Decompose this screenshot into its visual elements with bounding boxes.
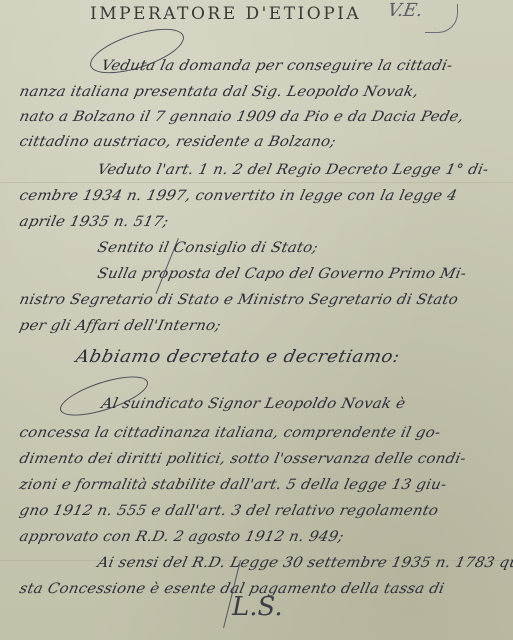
initials-flourish (425, 4, 458, 33)
document-line-10: nistro Segretario di Stato e Ministro Se… (18, 291, 460, 308)
document-line-13: Al suindicato Signor Leopoldo Novak è (100, 395, 407, 412)
document-line-12-decree-heading: Abbiamo decretato e decretiamo: (74, 347, 402, 367)
document-line-7: aprile 1935 n. 517; (18, 213, 170, 230)
handwritten-initials: V.E. (386, 0, 424, 21)
paper-fold-line (0, 182, 513, 183)
document-line-18: approvato con R.D. 2 agosto 1912 n. 949; (18, 528, 345, 545)
document-line-16: zioni e formalità stabilite dall'art. 5 … (18, 476, 448, 493)
letterhead: IMPERATORE D'ETIOPIA (90, 4, 361, 24)
seal-signature-mark: L.S. (232, 592, 283, 622)
document-line-6: cembre 1934 n. 1997, convertito in legge… (18, 187, 459, 204)
document-line-15: dimento dei diritti politici, sotto l'os… (18, 450, 468, 467)
document-page: IMPERATORE D'ETIOPIA V.E. Veduta la doma… (0, 0, 513, 640)
document-line-5: Veduto l'art. 1 n. 2 del Regio Decreto L… (96, 161, 490, 178)
document-line-3: nato a Bolzano il 7 gennaio 1909 da Pio … (18, 108, 465, 125)
document-line-9: Sulla proposta del Capo del Governo Prim… (96, 265, 468, 282)
document-line-17: gno 1912 n. 555 e dall'art. 3 del relati… (18, 502, 440, 519)
document-line-2: nanza italiana presentata dal Sig. Leopo… (18, 83, 420, 100)
document-line-1: Veduta la domanda per conseguire la citt… (100, 57, 454, 74)
document-line-11: per gli Affari dell'Interno; (18, 317, 223, 334)
document-line-4: cittadino austriaco, residente a Bolzano… (18, 133, 338, 150)
document-line-14: concessa la cittadinanza italiana, compr… (18, 424, 442, 441)
document-line-19: Ai sensi del R.D. Legge 30 settembre 193… (96, 554, 513, 571)
document-line-8: Sentito il Consiglio di Stato; (96, 239, 320, 256)
